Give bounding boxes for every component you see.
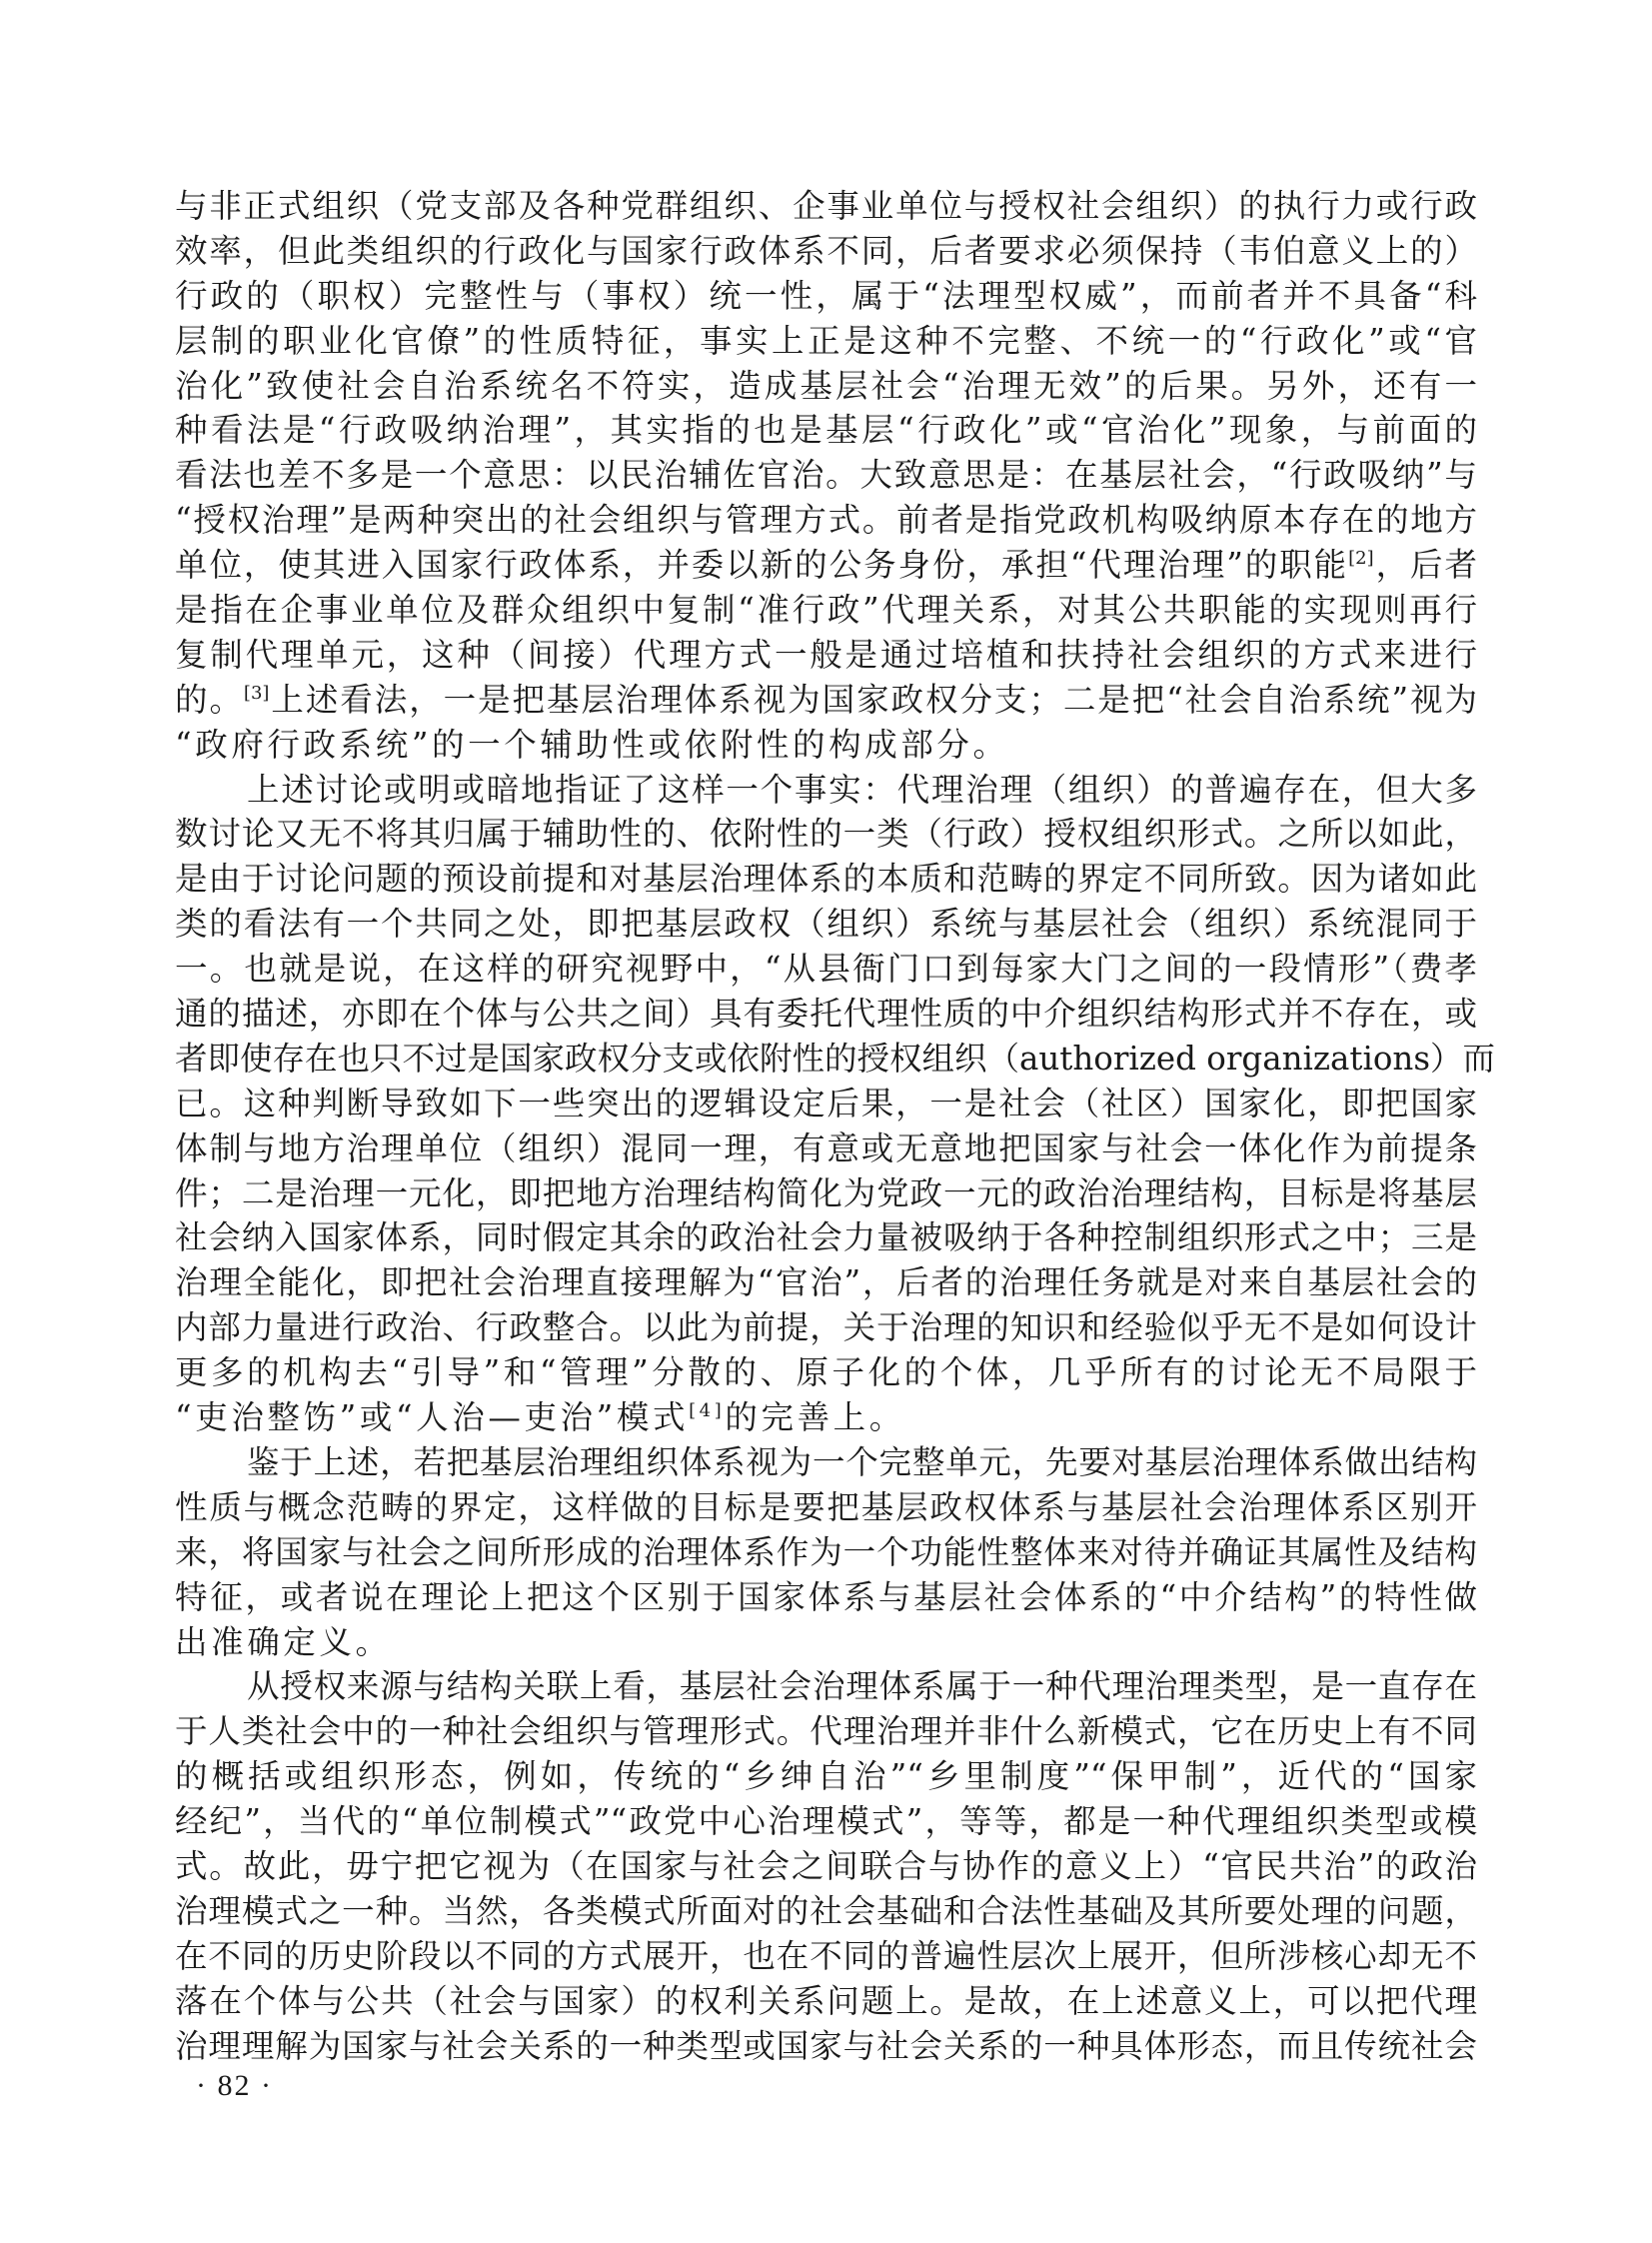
text-line: 治理全能化，即把社会治理直接理解为“官治”，后者的治理任务就是对来自基层社会的 xyxy=(175,1262,1477,1307)
paragraph: 鉴于上述，若把基层治理组织体系视为一个完整单元，先要对基层治理体系做出结构性质与… xyxy=(175,1442,1477,1666)
text-line: 数讨论又无不将其归属于辅助性的、依附性的一类（行政）授权组织形式。之所以如此， xyxy=(175,814,1477,859)
footnote-marker[interactable]: [2] xyxy=(1348,548,1374,569)
text-line: 者即使存在也只不过是国家政权分支或依附性的授权组织（authorized org… xyxy=(175,1039,1477,1084)
text-line: 体制与地方治理单位（组织）混同一理，有意或无意地把国家与社会一体化作为前提条 xyxy=(175,1128,1477,1173)
text-line: 一。也就是说，在这样的研究视野中，“从县衙门口到每家大门之间的一段情形”（费孝 xyxy=(175,949,1477,994)
text-line: 社会纳入国家体系，同时假定其余的政治社会力量被吸纳于各种控制组织形式之中；三是 xyxy=(175,1217,1477,1262)
text-line: 看法也差不多是一个意思：以民治辅佐官治。大致意思是：在基层社会，“行政吸纳”与 xyxy=(175,455,1477,500)
text-line: “政府行政系统”的一个辅助性或依附性的构成部分。 xyxy=(175,725,1477,770)
text-line: 特征，或者说在理论上把这个区别于国家体系与基层社会体系的“中介结构”的特性做 xyxy=(175,1577,1477,1622)
text-line: 上述讨论或明或暗地指证了这样一个事实：代理治理（组织）的普遍存在，但大多 xyxy=(175,770,1477,815)
text-line: 的。[3]上述看法，一是把基层治理体系视为国家政权分支；二是把“社会自治系统”视… xyxy=(175,680,1477,725)
text-line: 落在个体与公共（社会与国家）的权利关系问题上。是故，在上述意义上，可以把代理 xyxy=(175,1981,1477,2026)
text-line: 与非正式组织（党支部及各种党群组织、企事业单位与授权社会组织）的执行力或行政 xyxy=(175,186,1477,231)
text-line: 从授权来源与结构关联上看，基层社会治理体系属于一种代理治理类型，是一直存在 xyxy=(175,1666,1477,1711)
text-line: 鉴于上述，若把基层治理组织体系视为一个完整单元，先要对基层治理体系做出结构 xyxy=(175,1442,1477,1487)
text-line: 复制代理单元，这种（间接）代理方式一般是通过培植和扶持社会组织的方式来进行 xyxy=(175,635,1477,680)
text-line: 经纪”，当代的“单位制模式”“政党中心治理模式”，等等，都是一种代理组织类型或模 xyxy=(175,1801,1477,1846)
paragraph: 从授权来源与结构关联上看，基层社会治理体系属于一种代理治理类型，是一直存在于人类… xyxy=(175,1666,1477,2070)
text-line: 种看法是“行政吸纳治理”，其实指的也是基层“行政化”或“官治化”现象，与前面的 xyxy=(175,410,1477,455)
text-line: 更多的机构去“引导”和“管理”分散的、原子化的个体，几乎所有的讨论无不局限于 xyxy=(175,1352,1477,1397)
text-line: 已。这种判断导致如下一些突出的逻辑设定后果，一是社会（社区）国家化，即把国家 xyxy=(175,1084,1477,1128)
page-number: · 82 · xyxy=(196,2069,273,2103)
text-line: 出准确定义。 xyxy=(175,1622,1477,1667)
text-line: 治理模式之一种。当然，各类模式所面对的社会基础和合法性基础及其所要处理的问题， xyxy=(175,1891,1477,1936)
text-line: 是由于讨论问题的预设前提和对基层治理体系的本质和范畴的界定不同所致。因为诸如此 xyxy=(175,859,1477,904)
text-line: 效率，但此类组织的行政化与国家行政体系不同，后者要求必须保持（韦伯意义上的） xyxy=(175,231,1477,276)
article-body: 与非正式组织（党支部及各种党群组织、企事业单位与授权社会组织）的执行力或行政效率… xyxy=(175,186,1477,2070)
text-line: 通的描述，亦即在个体与公共之间）具有委托代理性质的中介组织结构形式并不存在，或 xyxy=(175,994,1477,1039)
text-line: 行政的（职权）完整性与（事权）统一性，属于“法理型权威”，而前者并不具备“科 xyxy=(175,276,1477,321)
paragraph: 与非正式组织（党支部及各种党群组织、企事业单位与授权社会组织）的执行力或行政效率… xyxy=(175,186,1477,770)
text-line: 内部力量进行政治、行政整合。以此为前提，关于治理的知识和经验似乎无不是如何设计 xyxy=(175,1307,1477,1352)
text-line: “吏治整饬”或“人治—吏治”模式[4]的完善上。 xyxy=(175,1397,1477,1442)
text-line: 治化”致使社会自治系统名不符实，造成基层社会“治理无效”的后果。另外，还有一 xyxy=(175,366,1477,411)
text-line: 性质与概念范畴的界定，这样做的目标是要把基层政权体系与基层社会治理体系区别开 xyxy=(175,1487,1477,1532)
text-line: 是指在企事业单位及群众组织中复制“准行政”代理关系，对其公共职能的实现则再行 xyxy=(175,590,1477,635)
text-line: 层制的职业化官僚”的性质特征，事实上正是这种不完整、不统一的“行政化”或“官 xyxy=(175,321,1477,366)
text-line: 单位，使其进入国家行政体系，并委以新的公务身份，承担“代理治理”的职能[2]，后… xyxy=(175,545,1477,590)
text-line: 的概括或组织形态，例如，传统的“乡绅自治”“乡里制度”“保甲制”，近代的“国家 xyxy=(175,1756,1477,1801)
paragraph: 上述讨论或明或暗地指证了这样一个事实：代理治理（组织）的普遍存在，但大多数讨论又… xyxy=(175,770,1477,1442)
text-line: 于人类社会中的一种社会组织与管理形式。代理治理并非什么新模式，它在历史上有不同 xyxy=(175,1711,1477,1756)
text-line: “授权治理”是两种突出的社会组织与管理方式。前者是指党政机构吸纳原本存在的地方 xyxy=(175,500,1477,545)
text-line: 件；二是治理一元化，即把地方治理结构简化为党政一元的政治治理结构，目标是将基层 xyxy=(175,1173,1477,1218)
text-line: 治理理解为国家与社会关系的一种类型或国家与社会关系的一种具体形态，而且传统社会 xyxy=(175,2026,1477,2071)
text-line: 式。故此，毋宁把它视为（在国家与社会之间联合与协作的意义上）“官民共治”的政治 xyxy=(175,1846,1477,1891)
footnote-marker[interactable]: [3] xyxy=(244,683,270,704)
text-line: 类的看法有一个共同之处，即把基层政权（组织）系统与基层社会（组织）系统混同于 xyxy=(175,904,1477,949)
text-line: 来，将国家与社会之间所形成的治理体系作为一个功能性整体来对待并确证其属性及结构 xyxy=(175,1532,1477,1577)
text-line: 在不同的历史阶段以不同的方式展开，也在不同的普遍性层次上展开，但所涉核心却无不 xyxy=(175,1936,1477,1981)
footnote-marker[interactable]: [4] xyxy=(689,1400,725,1421)
